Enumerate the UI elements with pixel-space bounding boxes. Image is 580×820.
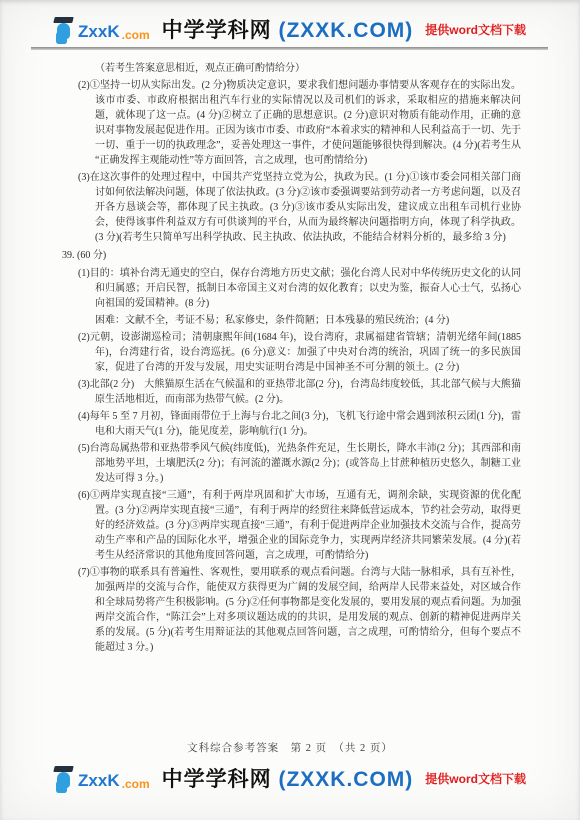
logo-zxxk-text: ZxxK xyxy=(78,22,120,42)
header-brandbar: ZxxK .com 中学学科网 (ZXXK.COM) 提供word文档下载 xyxy=(0,14,580,44)
logo-com-text: .com xyxy=(122,28,150,42)
logo-zxxk-text: ZxxK xyxy=(78,771,120,791)
answer-38-2: (2)①坚持一切从实际出发。(2 分)物质决定意识，要求我们想问题办事情要从客观… xyxy=(62,78,521,168)
site-title-footer: 中学学科网 (ZXXK.COM) xyxy=(162,763,414,793)
site-title: 中学学科网 (ZXXK.COM) xyxy=(162,14,414,44)
answer-39-7: (7)①事物的联系具有普遍性、客观性，要用联系的观点看问题。台湾与大陆一脉相承，… xyxy=(62,565,521,655)
zxxk-mascot-icon xyxy=(54,765,74,791)
question-39-heading: 39. (60 分) xyxy=(62,248,521,263)
answer-39-6: (6)①两岸实现直接“三通”，有利于两岸巩固和扩大市场，互通有无，调剂余缺，实现… xyxy=(62,488,521,563)
footer-page-info: 文科综合参考答案 第 2 页 （共 2 页） xyxy=(0,740,580,755)
answer-39-1: (1)目的：填补台湾无通史的空白，保存台湾地方历史文献；强化台湾人民对中华传统历… xyxy=(62,266,521,311)
word-download-promo-footer: 提供word文档下载 xyxy=(425,770,526,787)
footer-brandbar: ZxxK .com 中学学科网 (ZXXK.COM) 提供word文档下载 xyxy=(0,763,580,793)
answer-39-4: (4)每年 5 至 7 月初，锋面雨带位于上海与台北之间(3 分)，飞机飞行途中… xyxy=(62,409,521,439)
answer-38-3: (3)在这次事件的处理过程中，中国共产党坚持立党为公，执政为民。(1 分)①该市… xyxy=(62,170,521,245)
zxxk-logo-footer: ZxxK .com xyxy=(54,765,150,791)
zxxk-mascot-icon xyxy=(54,16,74,42)
header-rule xyxy=(31,47,548,50)
scanned-document-page: ZxxK .com 中学学科网 (ZXXK.COM) 提供word文档下载 （若… xyxy=(0,0,580,820)
answer-39-1-difficulty: 困难：文献不全，考证不易；私家修史，条件简陋；日本残暴的殖民统治；(4 分) xyxy=(62,313,521,328)
answer-39-2: (2)元朝，设澎湖巡检司；清朝康熙年间(1684 年)，设台湾府，隶属福建省管辖… xyxy=(62,330,521,375)
site-name: 中学学科网 xyxy=(162,768,272,791)
site-domain: (ZXXK.COM) xyxy=(278,768,413,791)
zxxk-logo: ZxxK .com xyxy=(54,16,150,42)
word-download-promo: 提供word文档下载 xyxy=(425,21,526,38)
site-name: 中学学科网 xyxy=(162,19,272,42)
answers-body: （若考生答案意思相近，观点正确可酌情给分） (2)①坚持一切从实际出发。(2 分… xyxy=(62,61,521,657)
site-domain: (ZXXK.COM) xyxy=(278,19,413,42)
answer-39-5: (5)台湾岛属热带和亚热带季风气候(纬度低)，光热条件充足，生长期长，降水丰沛(… xyxy=(62,441,521,486)
grading-note: （若考生答案意思相近，观点正确可酌情给分） xyxy=(62,61,521,76)
answer-39-3: (3)北部(2 分) 大熊猫原生活在气候温和的亚热带北部(2 分)，台湾岛纬度较… xyxy=(62,377,521,407)
logo-com-text: .com xyxy=(122,777,150,791)
